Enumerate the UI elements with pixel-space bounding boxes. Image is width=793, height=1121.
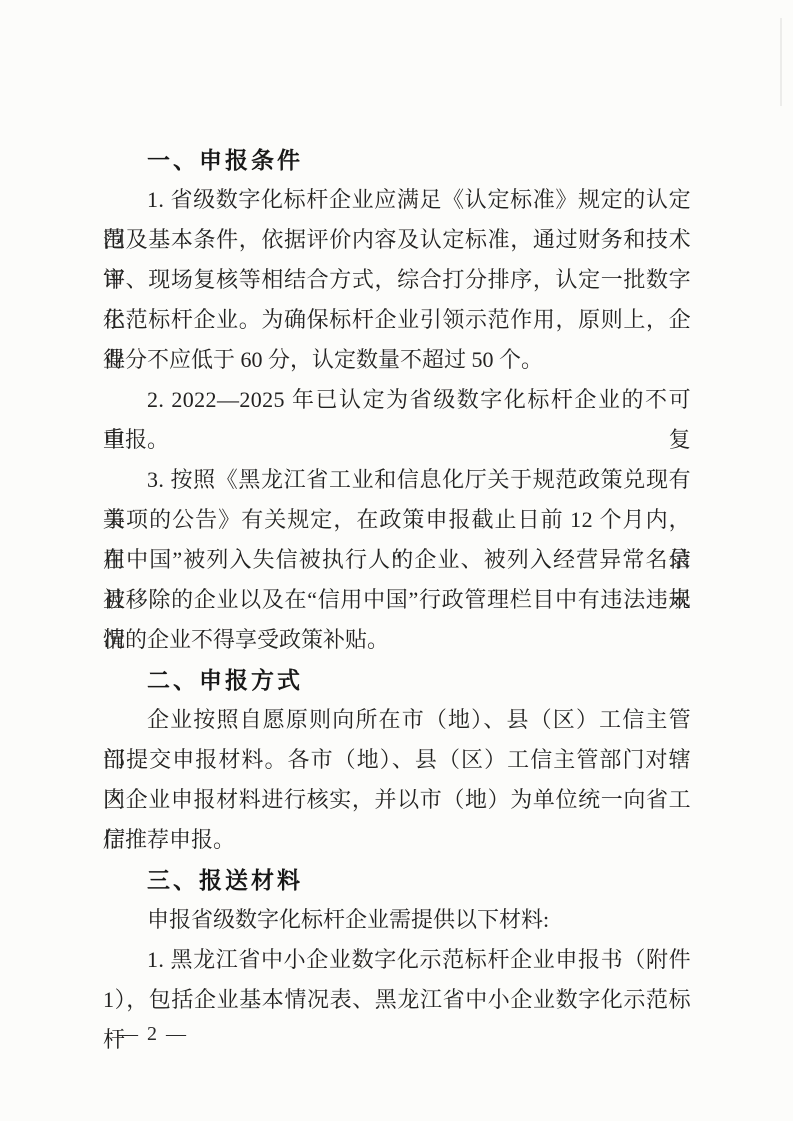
text-line: 2. 2022—2025 年已认定为省级数字化标杆企业的不可重复 [103,380,691,420]
text-line: 1. 省级数字化标杆企业应满足《认定标准》规定的认定范 [103,180,691,220]
text-line: 企业按照自愿原则向所在市（地）、县（区）工信主管部 [103,700,691,740]
text-line: 得分不应低于 60 分，认定数量不超过 50 个。 [103,340,691,380]
text-line: 内企业申报材料进行核实，并以市（地）为单位统一向省工信 [103,780,691,820]
page-number: — 2 — [118,1023,188,1046]
document-body: 一、申报条件1. 省级数字化标杆企业应满足《认定标准》规定的认定范围及基本条件，… [103,140,691,1020]
text-line: 1. 黑龙江省中小企业数字化示范标杆企业申报书（附件 [103,940,691,980]
text-line: 示范标杆企业。为确保标杆企业引领示范作用，原则上，企业 [103,300,691,340]
document-page: 一、申报条件1. 省级数字化标杆企业应满足《认定标准》规定的认定范围及基本条件，… [0,0,793,1121]
text-line: 审、现场复核等相结合方式，综合打分排序，认定一批数字化 [103,260,691,300]
scan-edge-artifact [780,18,782,106]
text-line: 用中国”被列入失信被执行人的企业、被列入经营异常名录且未 [103,540,691,580]
text-line: 被移除的企业以及在“信用中国”行政管理栏目中有违法违规情 [103,580,691,620]
text-line: 门提交申报材料。各市（地）、县（区）工信主管部门对辖区 [103,740,691,780]
text-line: 厅推荐申报。 [103,820,691,860]
text-line: 申报省级数字化标杆企业需提供以下材料: [103,900,691,940]
text-line: 事项的公告》有关规定，在政策申报截止日前 12 个月内，在“信 [103,500,691,540]
text-line: 1），包括企业基本情况表、黑龙江省中小企业数字化示范标杆 [103,980,691,1020]
text-line: 围及基本条件，依据评价内容及认定标准，通过财务和技术评 [103,220,691,260]
text-line: 况的企业不得享受政策补贴。 [103,620,691,660]
section-heading: 一、申报条件 [103,140,691,180]
section-heading: 二、申报方式 [103,660,691,700]
section-heading: 三、报送材料 [103,860,691,900]
text-line: 3. 按照《黑龙江省工业和信息化厅关于规范政策兑现有关 [103,460,691,500]
